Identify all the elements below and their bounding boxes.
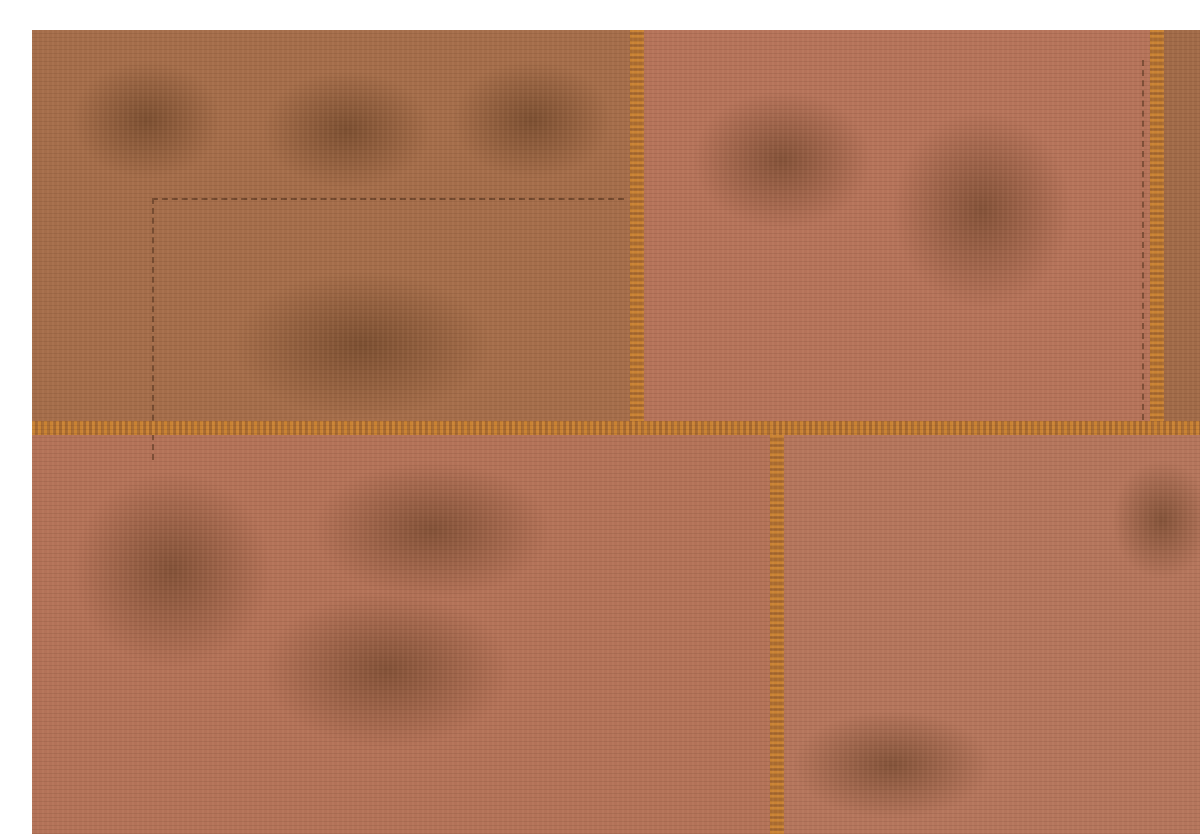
seam-vertical <box>1150 30 1164 428</box>
motif <box>792 710 992 820</box>
motif <box>452 60 612 180</box>
patchwork-rug <box>32 30 1200 834</box>
seam-vertical <box>630 30 644 428</box>
motif <box>692 90 872 230</box>
seam-horizontal <box>32 421 1200 435</box>
seam-vertical <box>770 435 784 834</box>
inner-border-top-middle <box>1072 60 1144 420</box>
motif <box>262 70 432 190</box>
motif <box>262 590 512 750</box>
motif <box>72 470 272 670</box>
motif <box>232 270 492 420</box>
motif <box>312 460 552 600</box>
motif <box>72 60 222 180</box>
motif <box>892 110 1072 310</box>
